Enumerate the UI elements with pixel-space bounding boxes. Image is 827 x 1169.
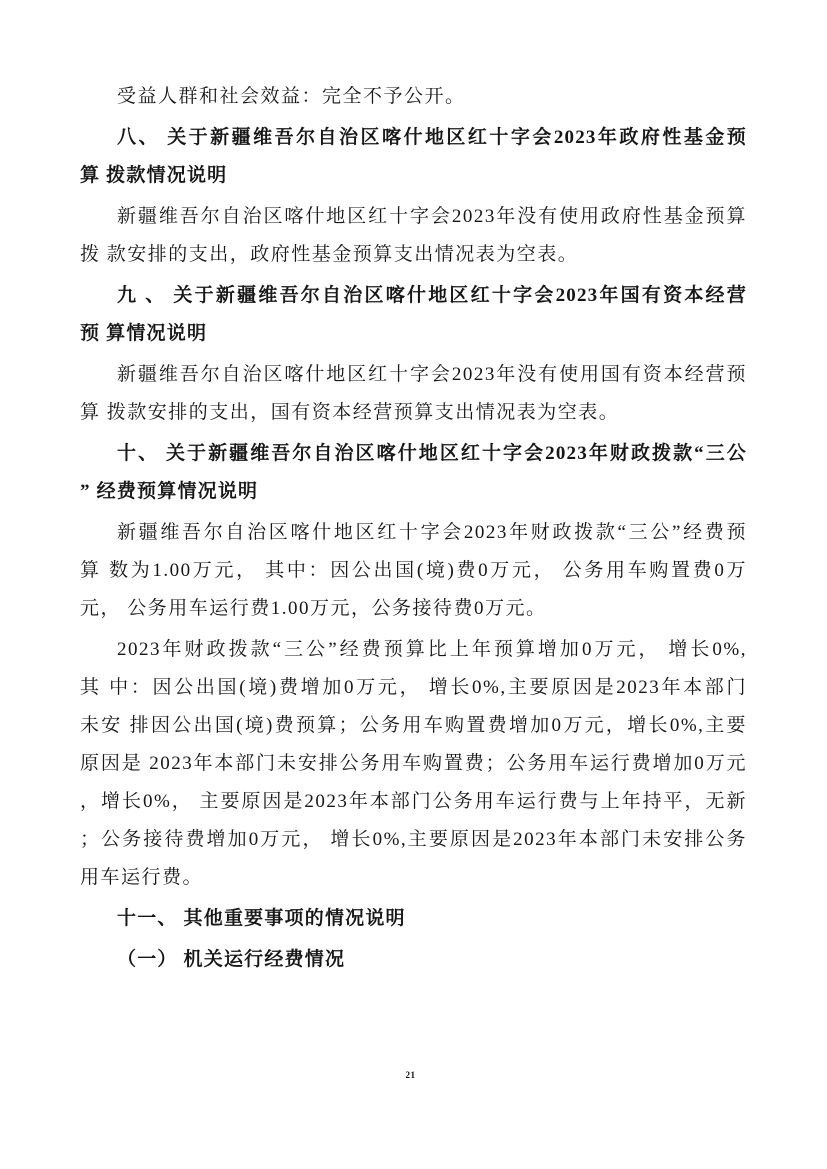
- heading-subsection-1-agency-operating-funds: （一） 机关运行经费情况: [80, 941, 747, 979]
- heading-line: ” 经费预算情况说明: [80, 473, 747, 511]
- text-line: 元， 公务用车运行费1.00万元，公务接待费0万元。: [80, 590, 747, 628]
- text-line: 算 数为1.00万元， 其中：因公出国(境)费0万元， 公务用车购置费0万: [80, 552, 747, 590]
- paragraph-benefit-disclosure: 受益人群和社会效益：完全不予公开。: [80, 78, 747, 116]
- text-line: 新疆维吾尔自治区喀什地区红十字会2023年没有使用国有资本经营预: [80, 356, 747, 394]
- text-line: 其 中：因公出国(境)费增加0万元， 增长0%,主要原因是2023年本部门: [80, 669, 747, 707]
- paragraph-gov-fund-budget: 新疆维吾尔自治区喀什地区红十字会2023年没有使用政府性基金预算 拨 款安排的支…: [80, 198, 747, 274]
- text-line: 原因是 2023年本部门未安排公务用车购置费；公务用车运行费增加0万元: [80, 745, 747, 783]
- paragraph-three-public-expenses-changes: 2023年财政拨款“三公”经费预算比上年预算增加0万元， 增长0%, 其 中：因…: [80, 631, 747, 897]
- heading-line: 预 算情况说明: [80, 315, 747, 353]
- text-line: 用车运行费。: [80, 859, 747, 897]
- text-line: 算 拨款安排的支出，国有资本经营预算支出情况表为空表。: [80, 394, 747, 432]
- heading-line: 十一、 其他重要事项的情况说明: [80, 900, 747, 938]
- text-line: 受益人群和社会效益：完全不予公开。: [80, 78, 747, 116]
- heading-line: 算 拨款情况说明: [80, 157, 747, 195]
- heading-section-8-gov-fund-budget: 八、 关于新疆维吾尔自治区喀什地区红十字会2023年政府性基金预 算 拨款情况说…: [80, 119, 747, 195]
- text-line: 未安 排因公出国(境)费预算；公务用车购置费增加0万元，增长0%,主要: [80, 707, 747, 745]
- heading-section-10-three-public-expenses: 十、 关于新疆维吾尔自治区喀什地区红十字会2023年财政拨款“三公 ” 经费预算…: [80, 435, 747, 511]
- heading-section-11-other-important-items: 十一、 其他重要事项的情况说明: [80, 900, 747, 938]
- text-line: 新疆维吾尔自治区喀什地区红十字会2023年财政拨款“三公”经费预: [80, 514, 747, 552]
- text-line: 拨 款安排的支出，政府性基金预算支出情况表为空表。: [80, 236, 747, 274]
- heading-line: 九 、 关于新疆维吾尔自治区喀什地区红十字会2023年国有资本经营: [80, 277, 747, 315]
- heading-section-9-state-capital-budget: 九 、 关于新疆维吾尔自治区喀什地区红十字会2023年国有资本经营 预 算情况说…: [80, 277, 747, 353]
- document-content: 受益人群和社会效益：完全不予公开。 八、 关于新疆维吾尔自治区喀什地区红十字会2…: [80, 78, 747, 979]
- text-line: ；公务接待费增加0万元， 增长0%,主要原因是2023年本部门未安排公务: [80, 821, 747, 859]
- paragraph-state-capital-budget: 新疆维吾尔自治区喀什地区红十字会2023年没有使用国有资本经营预 算 拨款安排的…: [80, 356, 747, 432]
- heading-line: 八、 关于新疆维吾尔自治区喀什地区红十字会2023年政府性基金预: [80, 119, 747, 157]
- text-line: 2023年财政拨款“三公”经费预算比上年预算增加0万元， 增长0%,: [80, 631, 747, 669]
- heading-line: 十、 关于新疆维吾尔自治区喀什地区红十字会2023年财政拨款“三公: [80, 435, 747, 473]
- text-line: ，增长0%， 主要原因是2023年本部门公务用车运行费与上年持平，无新增: [80, 783, 747, 821]
- text-line: 新疆维吾尔自治区喀什地区红十字会2023年没有使用政府性基金预算: [80, 198, 747, 236]
- heading-line: （一） 机关运行经费情况: [80, 941, 747, 979]
- document-page: 受益人群和社会效益：完全不予公开。 八、 关于新疆维吾尔自治区喀什地区红十字会2…: [0, 0, 827, 1169]
- page-number: 21: [0, 1070, 821, 1080]
- paragraph-three-public-expenses-amounts: 新疆维吾尔自治区喀什地区红十字会2023年财政拨款“三公”经费预 算 数为1.0…: [80, 514, 747, 628]
